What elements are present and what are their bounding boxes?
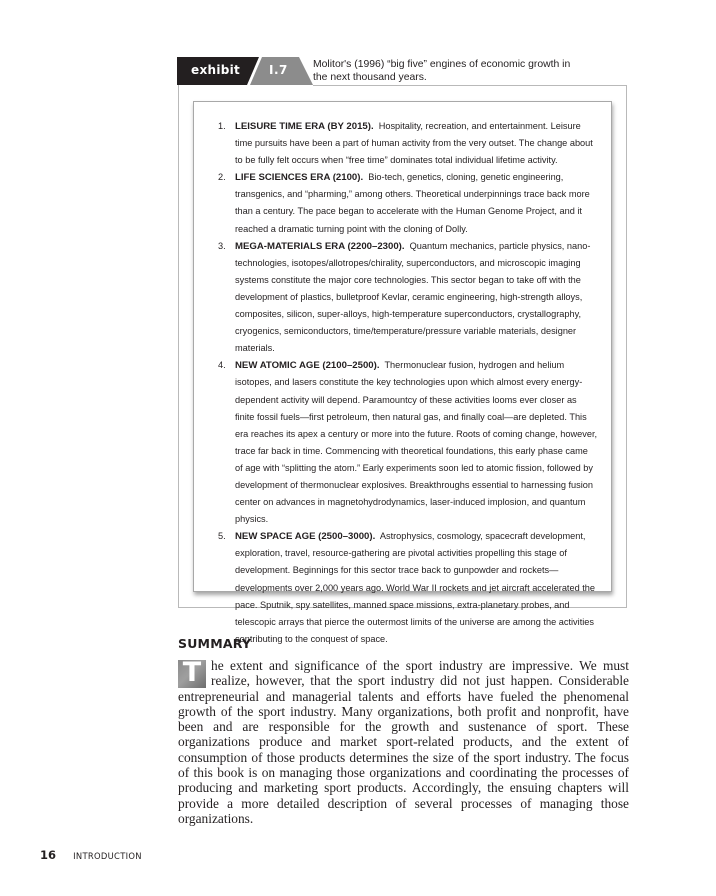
page-footer: 16 INTRODUCTION bbox=[40, 844, 142, 863]
era-number: 4. bbox=[218, 357, 226, 374]
era-item-new-space-age: 5. NEW SPACE AGE (2500–3000). Astrophysi… bbox=[218, 528, 598, 648]
exhibit-frame-top-rule bbox=[313, 85, 627, 86]
summary-text: he extent and significance of the sport … bbox=[178, 658, 629, 826]
era-item-mega-materials: 3. MEGA-MATERIALS ERA (2200–2300). Quant… bbox=[218, 238, 598, 358]
era-title: NEW SPACE AGE (2500–3000). bbox=[235, 531, 375, 542]
era-number: 3. bbox=[218, 238, 226, 255]
drop-cap-letter: T bbox=[178, 658, 206, 688]
exhibit-tab: exhibit I.7 bbox=[177, 57, 319, 85]
era-description: Thermonuclear fusion, hydrogen and heliu… bbox=[235, 360, 597, 524]
era-description: Astrophysics, cosmology, spacecraft deve… bbox=[235, 531, 595, 644]
exhibit-header: exhibit I.7 Molitor's (1996) “big five” … bbox=[177, 57, 637, 85]
era-description: Quantum mechanics, particle physics, nan… bbox=[235, 241, 590, 354]
era-number: 5. bbox=[218, 528, 226, 545]
exhibit-caption: Molitor's (1996) “big five” engines of e… bbox=[313, 58, 573, 84]
era-number: 1. bbox=[218, 118, 226, 135]
era-title: LEISURE TIME ERA (BY 2015). bbox=[235, 121, 374, 132]
era-item-life-sciences: 2. LIFE SCIENCES ERA (2100). Bio-tech, g… bbox=[218, 169, 598, 237]
era-item-leisure-time: 1. LEISURE TIME ERA (BY 2015). Hospitali… bbox=[218, 118, 598, 169]
drop-cap: T bbox=[178, 660, 206, 688]
era-item-new-atomic-age: 4. NEW ATOMIC AGE (2100–2500). Thermonuc… bbox=[218, 357, 598, 528]
era-list: 1. LEISURE TIME ERA (BY 2015). Hospitali… bbox=[218, 118, 598, 648]
era-title: LIFE SCIENCES ERA (2100). bbox=[235, 172, 363, 183]
summary-heading: SUMMARY bbox=[178, 636, 251, 651]
exhibit-label: exhibit bbox=[191, 63, 240, 77]
era-number: 2. bbox=[218, 169, 226, 186]
summary-paragraph: T he extent and significance of the spor… bbox=[178, 658, 629, 826]
exhibit-number: I.7 bbox=[269, 63, 288, 77]
page-number: 16 bbox=[40, 848, 56, 862]
running-head: INTRODUCTION bbox=[73, 851, 142, 861]
era-title: MEGA-MATERIALS ERA (2200–2300). bbox=[235, 241, 405, 252]
era-title: NEW ATOMIC AGE (2100–2500). bbox=[235, 360, 379, 371]
